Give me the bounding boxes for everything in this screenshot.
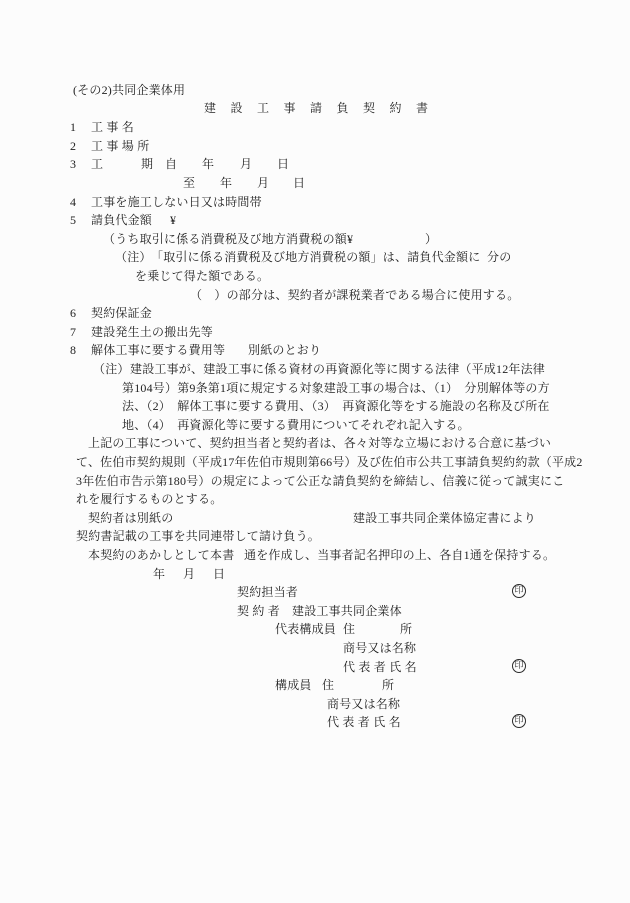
representative-member-label: 代表構成員 (275, 622, 336, 636)
item-8-label-demolition-cost: 解体工事に要する費用等 (91, 343, 225, 357)
item-2-number: 2 (70, 139, 76, 153)
item-5-note-line-1: 「取引に係る消費税及び地方消費税の額」は、請負代金額に (151, 250, 480, 264)
tax-amount-line: （うち取引に係る消費税及び地方消費税の額¥ (103, 232, 353, 246)
item-1-number: 1 (70, 120, 76, 134)
member-label: 構成員 (275, 678, 312, 692)
item-6-number: 6 (70, 306, 76, 320)
item-4-label-no-work-days: 工事を施工しない日又は時間帯 (91, 195, 262, 209)
item-8-note-line-1: 建設工事が、建設工事に係る資材の再資源化等に関する法律（平成12年法律 (130, 362, 545, 376)
item-6-label-contract-deposit: 契約保証金 (91, 306, 152, 320)
period-from-month-label: 月 (240, 157, 252, 171)
rep-address-sho-label: 所 (400, 622, 412, 636)
item-8-note-line-3: 法、（2） 解体工事に要する費用、（3） 再資源化等をする施設の名称及び所在 (122, 399, 550, 413)
body-paragraph-1-line-4: れを履行するものとする。 (76, 492, 222, 506)
header-note: (その2)共同企業体用 (73, 83, 185, 97)
item-5-number: 5 (70, 213, 76, 227)
item-4-number: 4 (70, 195, 76, 209)
seal-icon: 印 (512, 659, 526, 673)
member-trade-name-label: 商号又は名称 (327, 697, 400, 711)
rep-address-ju-label: 住 (343, 622, 355, 636)
seal-icon: 印 (512, 714, 526, 728)
date-year-label: 年 (153, 567, 165, 581)
joint-venture-clause-start: 契約者は別紙の (88, 511, 173, 525)
body-paragraph-1-line-1: 上記の工事について、契約担当者と契約者は、各々対等な立場における合意に基づい (88, 436, 551, 450)
period-to-day-label: 日 (293, 176, 305, 190)
date-month-label: 月 (183, 567, 195, 581)
page-title: 建設工事請負契約書 (204, 101, 443, 115)
joint-venture-clause-line-2: 契約書記載の工事を共同連帯して請け負う。 (76, 529, 320, 543)
contract-officer-label: 契約担当者 (237, 585, 298, 599)
contract-document-page: (その2)共同企業体用 建設工事請負契約書 1 工 事 名 2 工 事 場 所 … (0, 0, 630, 903)
item-7-label-soil-destination: 建設発生土の搬出先等 (91, 325, 213, 339)
closing-clause-start: 本契約のあかしとして本書 (88, 548, 234, 562)
seal-icon: 印 (512, 584, 526, 598)
item-3-label-period-2: 期 (141, 157, 153, 171)
period-from-label: 自 (165, 157, 177, 171)
rep-representative-name-label: 代 表 者 氏 名 (343, 660, 417, 674)
item-1-label-work-name: 工 事 名 (91, 120, 134, 134)
item-7-number: 7 (70, 325, 76, 339)
body-paragraph-1-line-2: て、佐伯市契約規則（平成17年佐伯市規則第66号）及び佐伯市公共工事請負契約約款… (76, 455, 583, 469)
contractor-label: 契 約 者 (237, 604, 280, 618)
joint-venture-agreement-text: 建設工事共同企業体協定書により (353, 511, 536, 525)
item-5-note-line-3: （ ）の部分は、契約者が課税業者である場合に使用する。 (190, 288, 519, 302)
tax-amount-close-paren: ） (425, 232, 437, 246)
period-from-day-label: 日 (277, 157, 289, 171)
period-to-month-label: 月 (257, 176, 269, 190)
item-8-note-marker: （注） (93, 362, 130, 376)
item-5-note-line-2: を乗じて得た額である。 (135, 269, 269, 283)
item-5-label-contract-amount: 請負代金額 (91, 213, 152, 227)
period-from-year-label: 年 (202, 157, 214, 171)
item-5-note-fraction: 分の (487, 250, 511, 264)
item-8-number: 8 (70, 343, 76, 357)
member-representative-name-label: 代 表 者 氏 名 (327, 715, 401, 729)
item-8-note-line-4: 地、（4） 再資源化等に要する費用についてそれぞれ記入する。 (122, 418, 470, 432)
rep-trade-name-label: 商号又は名称 (343, 641, 416, 655)
contractor-value-joint-venture: 建設工事共同企業体 (292, 604, 402, 618)
item-8-value-attached-sheet: 別紙のとおり (248, 343, 321, 357)
item-3-label-period: 工 (91, 157, 103, 171)
member-address-ju-label: 住 (322, 678, 334, 692)
item-3-number: 3 (70, 157, 76, 171)
item-2-label-work-site: 工 事 場 所 (91, 139, 149, 153)
item-8-note-line-2: 第104号）第9条第1項に規定する対象建設工事の場合は、（1） 分別解体等の方 (122, 381, 550, 395)
yen-sign: ¥ (170, 213, 176, 227)
date-day-label: 日 (213, 567, 225, 581)
item-5-note-marker: （注） (115, 250, 152, 264)
period-to-label: 至 (183, 176, 195, 190)
period-to-year-label: 年 (220, 176, 232, 190)
body-paragraph-1-line-3: 3年佐伯市告示第180号）の規定によって公正な請負契約を締結し、信義に従って誠実… (76, 474, 564, 488)
member-address-sho-label: 所 (382, 678, 394, 692)
closing-clause-end: 通を作成し、当事者記名押印の上、各自1通を保持する。 (244, 548, 555, 562)
